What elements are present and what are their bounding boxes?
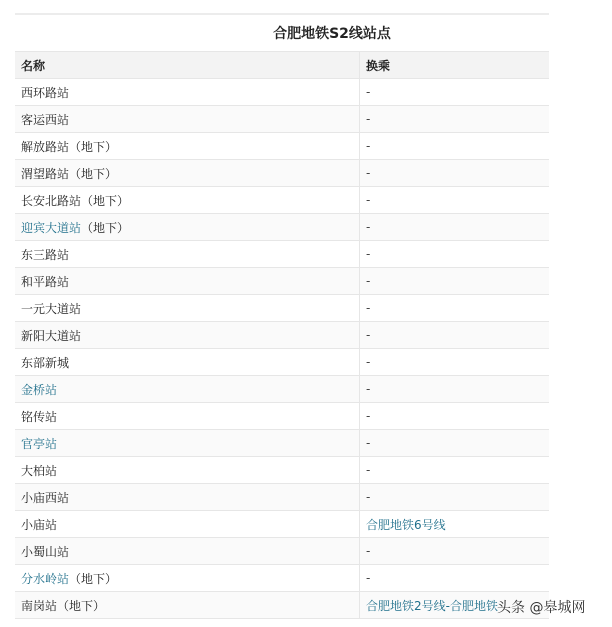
station-suffix: （地下） [69,572,117,586]
table-row: 金桥站- [15,376,549,403]
station-name: 渭望路站（地下） [21,167,117,181]
station-name-cell: 一元大道站 [15,295,360,322]
station-name-cell: 金桥站 [15,376,360,403]
station-name-cell: 客运西站 [15,106,360,133]
transfer-cell: - [360,403,550,430]
watermark: 头条 @皋城网 [497,597,585,617]
transfer-cell: - [360,376,550,403]
station-name-cell: 小蜀山站 [15,538,360,565]
station-name-cell: 南岗站（地下） [15,592,360,619]
table-row: 铭传站- [15,403,549,430]
transfer-none: - [366,220,370,234]
transfer-cell: - [360,241,550,268]
station-name-cell: 铭传站 [15,403,360,430]
table-body: 西环路站-客运西站-解放路站（地下）-渭望路站（地下）-长安北路站（地下）-迎宾… [15,79,549,619]
table-header-row: 名称 换乘 [15,52,549,79]
table-row: 长安北路站（地下）- [15,187,549,214]
station-name: 南岗站（地下） [21,599,105,613]
station-name-cell: 东三路站 [15,241,360,268]
station-name-cell: 渭望路站（地下） [15,160,360,187]
station-name-cell: 长安北路站（地下） [15,187,360,214]
transfer-none: - [366,355,370,369]
transfer-none: - [366,463,370,477]
station-table: 名称 换乘 西环路站-客运西站-解放路站（地下）-渭望路站（地下）-长安北路站（… [15,51,549,619]
transfer-cell: 合肥地铁6号线 [360,511,550,538]
table-row: 新阳大道站- [15,322,549,349]
transfer-none: - [366,112,370,126]
station-name-cell: 分水岭站（地下） [15,565,360,592]
transfer-cell: - [360,295,550,322]
table-row: 渭望路站（地下）- [15,160,549,187]
station-name-cell: 大柏站 [15,457,360,484]
transfer-cell: - [360,565,550,592]
station-name: 小庙站 [21,518,57,532]
station-name: 小庙西站 [21,491,69,505]
transfer-none: - [366,409,370,423]
table-row: 东部新城- [15,349,549,376]
station-name: 新阳大道站 [21,329,81,343]
transfer-none: - [366,436,370,450]
station-name: 客运西站 [21,113,69,127]
station-name-cell: 和平路站 [15,268,360,295]
transfer-cell: - [360,430,550,457]
station-link[interactable]: 迎宾大道站 [21,221,81,235]
transfer-none: - [366,328,370,342]
station-name-cell: 小庙西站 [15,484,360,511]
transfer-none: - [366,301,370,315]
table-row: 一元大道站- [15,295,549,322]
transfer-none: - [366,571,370,585]
transfer-cell: - [360,484,550,511]
transfer-cell: - [360,538,550,565]
transfer-cell: - [360,133,550,160]
transfer-cell: - [360,160,550,187]
station-link[interactable]: 官亭站 [21,437,57,451]
transfer-line-link[interactable]: 合肥地铁2号线-合肥地铁 [366,599,498,613]
station-name: 一元大道站 [21,302,81,316]
transfer-none: - [366,274,370,288]
transfer-none: - [366,85,370,99]
station-name-cell: 西环路站 [15,79,360,106]
transfer-none: - [366,382,370,396]
station-name-cell: 小庙站 [15,511,360,538]
station-name: 和平路站 [21,275,69,289]
table-row: 官亭站- [15,430,549,457]
station-name-cell: 迎宾大道站（地下） [15,214,360,241]
station-name: 铭传站 [21,410,57,424]
transfer-cell: - [360,79,550,106]
table-row: 西环路站- [15,79,549,106]
transfer-none: - [366,139,370,153]
transfer-cell: - [360,187,550,214]
transfer-cell: - [360,322,550,349]
transfer-none: - [366,490,370,504]
table-row: 解放路站（地下）- [15,133,549,160]
station-name: 大柏站 [21,464,57,478]
station-link[interactable]: 分水岭站 [21,572,69,586]
station-link[interactable]: 金桥站 [21,383,57,397]
transfer-cell: - [360,457,550,484]
transfer-none: - [366,247,370,261]
table-row: 东三路站- [15,241,549,268]
station-name: 解放路站（地下） [21,140,117,154]
table-row: 迎宾大道站（地下）- [15,214,549,241]
transfer-cell: - [360,349,550,376]
station-name: 东部新城 [21,356,69,370]
transfer-none: - [366,193,370,207]
table-title: 合肥地铁S2线站点 [15,13,549,51]
table-row: 南岗站（地下）合肥地铁2号线-合肥地铁 [15,592,549,619]
transfer-none: - [366,544,370,558]
transfer-cell: - [360,106,550,133]
table-row: 小蜀山站- [15,538,549,565]
transfer-cell: - [360,214,550,241]
station-table-container: 合肥地铁S2线站点 名称 换乘 西环路站-客运西站-解放路站（地下）-渭望路站（… [15,13,549,619]
table-row: 大柏站- [15,457,549,484]
station-suffix: （地下） [81,221,129,235]
transfer-line-link[interactable]: 合肥地铁6号线 [366,518,446,532]
station-name-cell: 解放路站（地下） [15,133,360,160]
table-row: 小庙西站- [15,484,549,511]
station-name: 西环路站 [21,86,69,100]
transfer-cell: - [360,268,550,295]
station-name-cell: 新阳大道站 [15,322,360,349]
column-header-name: 名称 [15,52,360,79]
station-name-cell: 东部新城 [15,349,360,376]
station-name: 长安北路站（地下） [21,194,129,208]
station-name-cell: 官亭站 [15,430,360,457]
station-name: 东三路站 [21,248,69,262]
table-row: 客运西站- [15,106,549,133]
transfer-none: - [366,166,370,180]
table-row: 和平路站- [15,268,549,295]
table-row: 分水岭站（地下）- [15,565,549,592]
table-row: 小庙站合肥地铁6号线 [15,511,549,538]
station-name: 小蜀山站 [21,545,69,559]
column-header-transfer: 换乘 [360,52,550,79]
